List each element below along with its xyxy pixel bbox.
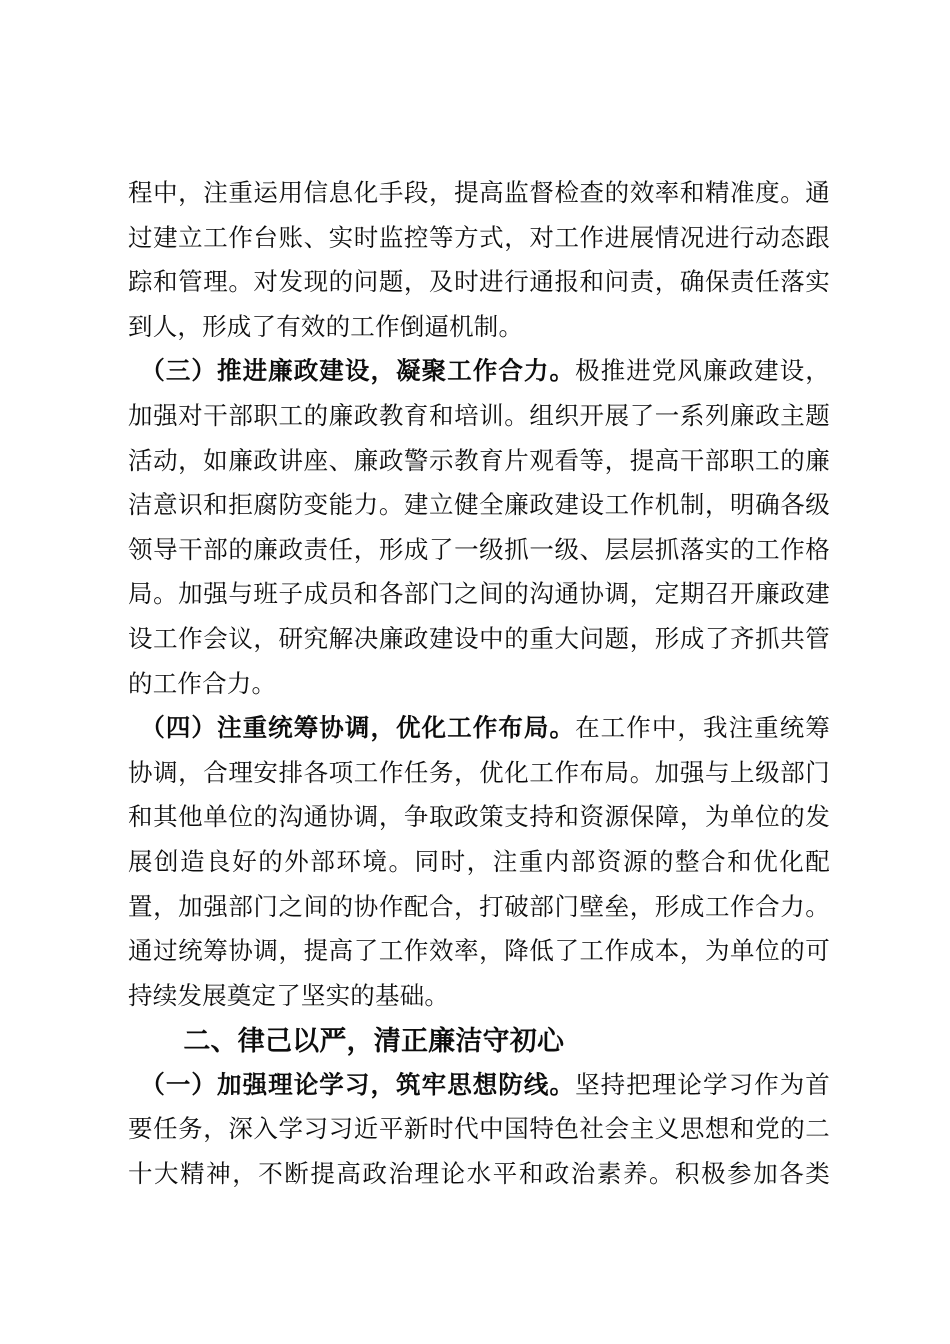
text-run: 极推进党风廉政建设，加强对干部职工的廉政教育和培训。组织开展了一系列廉政主题活动… [128,358,830,697]
paragraph: （一）加强理论学习，筑牢思想防线。坚持把理论学习作为首要任务，深入学习习近平新时… [128,1064,830,1198]
bold-text-run: 二、律己以严，清正廉洁守初心 [183,1026,564,1056]
paragraph: （四）注重统筹协调，优化工作布局。在工作中，我注重统筹协调，合理安排各项工作任务… [128,707,830,1019]
bold-text-run: （一）加强理论学习，筑牢思想防线。 [140,1072,575,1099]
section-heading: 二、律己以严，清正廉洁守初心 [128,1019,830,1064]
bold-text-run: （四）注重统筹协调，优化工作布局。 [140,715,575,742]
document-body: 程中，注重运用信息化手段，提高监督检查的效率和精准度。通过建立工作台账、实时监控… [128,172,830,1198]
bold-text-run: （三）推进廉政建设，凝聚工作合力。 [140,358,575,385]
text-run: 在工作中，我注重统筹协调，合理安排各项工作任务，优化工作布局。加强与上级部门和其… [128,715,830,1010]
text-run: 程中，注重运用信息化手段，提高监督检查的效率和精准度。通过建立工作台账、实时监控… [128,180,830,341]
document-page: 程中，注重运用信息化手段，提高监督检查的效率和精准度。通过建立工作台账、实时监控… [0,0,950,1344]
paragraph: （三）推进廉政建设，凝聚工作合力。极推进党风廉政建设，加强对干部职工的廉政教育和… [128,350,830,707]
paragraph: 程中，注重运用信息化手段，提高监督检查的效率和精准度。通过建立工作台账、实时监控… [128,172,830,350]
